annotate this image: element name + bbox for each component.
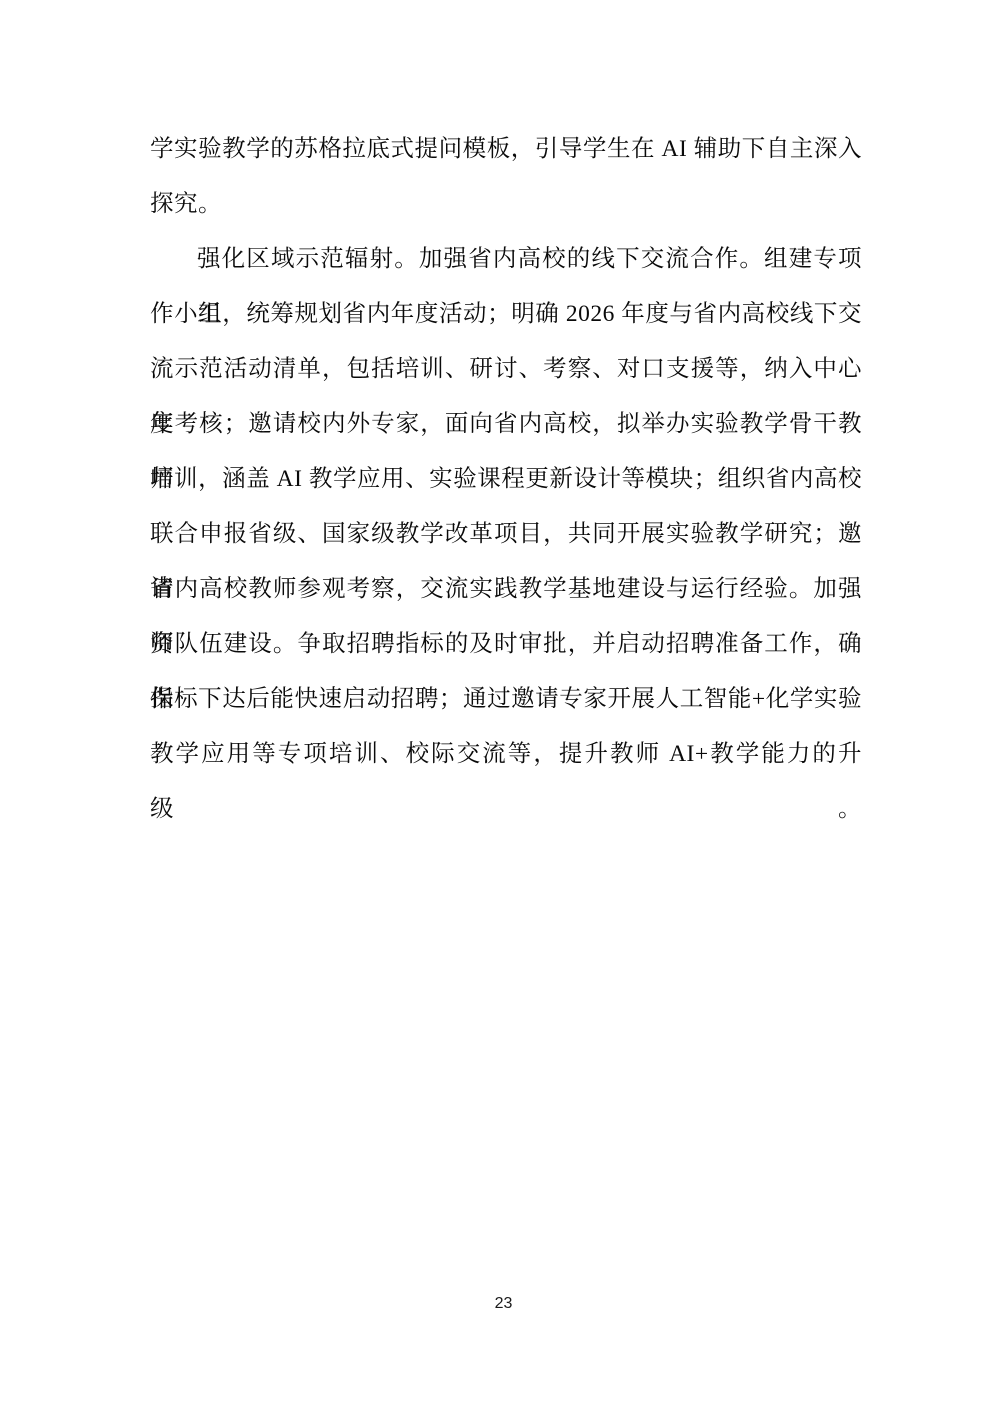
page-number: 23	[495, 1295, 513, 1312]
document-body: 学实验教学的苏格拉底式提问模板，引导学生在 AI 辅助下自主深入 探究。 强化区…	[150, 122, 862, 782]
document-line: 学实验教学的苏格拉底式提问模板，引导学生在 AI 辅助下自主深入	[150, 122, 862, 177]
page-footer: 23	[0, 1295, 1007, 1313]
document-page: 学实验教学的苏格拉底式提问模板，引导学生在 AI 辅助下自主深入 探究。 强化区…	[0, 0, 1007, 1424]
document-line: 省内高校教师参观考察，交流实践教学基地建设与运行经验。加强师	[150, 562, 862, 617]
document-line: 作小组，统筹规划省内年度活动；明确 2026 年度与省内高校线下交	[150, 287, 862, 342]
document-line: 联合申报省级、国家级教学改革项目，共同开展实验教学研究；邀请	[150, 507, 862, 562]
document-line: 度考核；邀请校内外专家，面向省内高校，拟举办实验教学骨干教师	[150, 397, 862, 452]
document-line: 探究。	[150, 177, 862, 232]
document-line: 强化区域示范辐射。加强省内高校的线下交流合作。组建专项工	[150, 232, 862, 287]
document-line: 培训，涵盖 AI 教学应用、实验课程更新设计等模块；组织省内高校	[150, 452, 862, 507]
document-line: 教学应用等专项培训、校际交流等，提升教师 AI+教学能力的升级。	[150, 727, 862, 782]
document-line: 指标下达后能快速启动招聘；通过邀请专家开展人工智能+化学实验	[150, 672, 862, 727]
document-line: 资队伍建设。争取招聘指标的及时审批，并启动招聘准备工作，确保	[150, 617, 862, 672]
document-line: 流示范活动清单，包括培训、研讨、考察、对口支援等，纳入中心年	[150, 342, 862, 397]
